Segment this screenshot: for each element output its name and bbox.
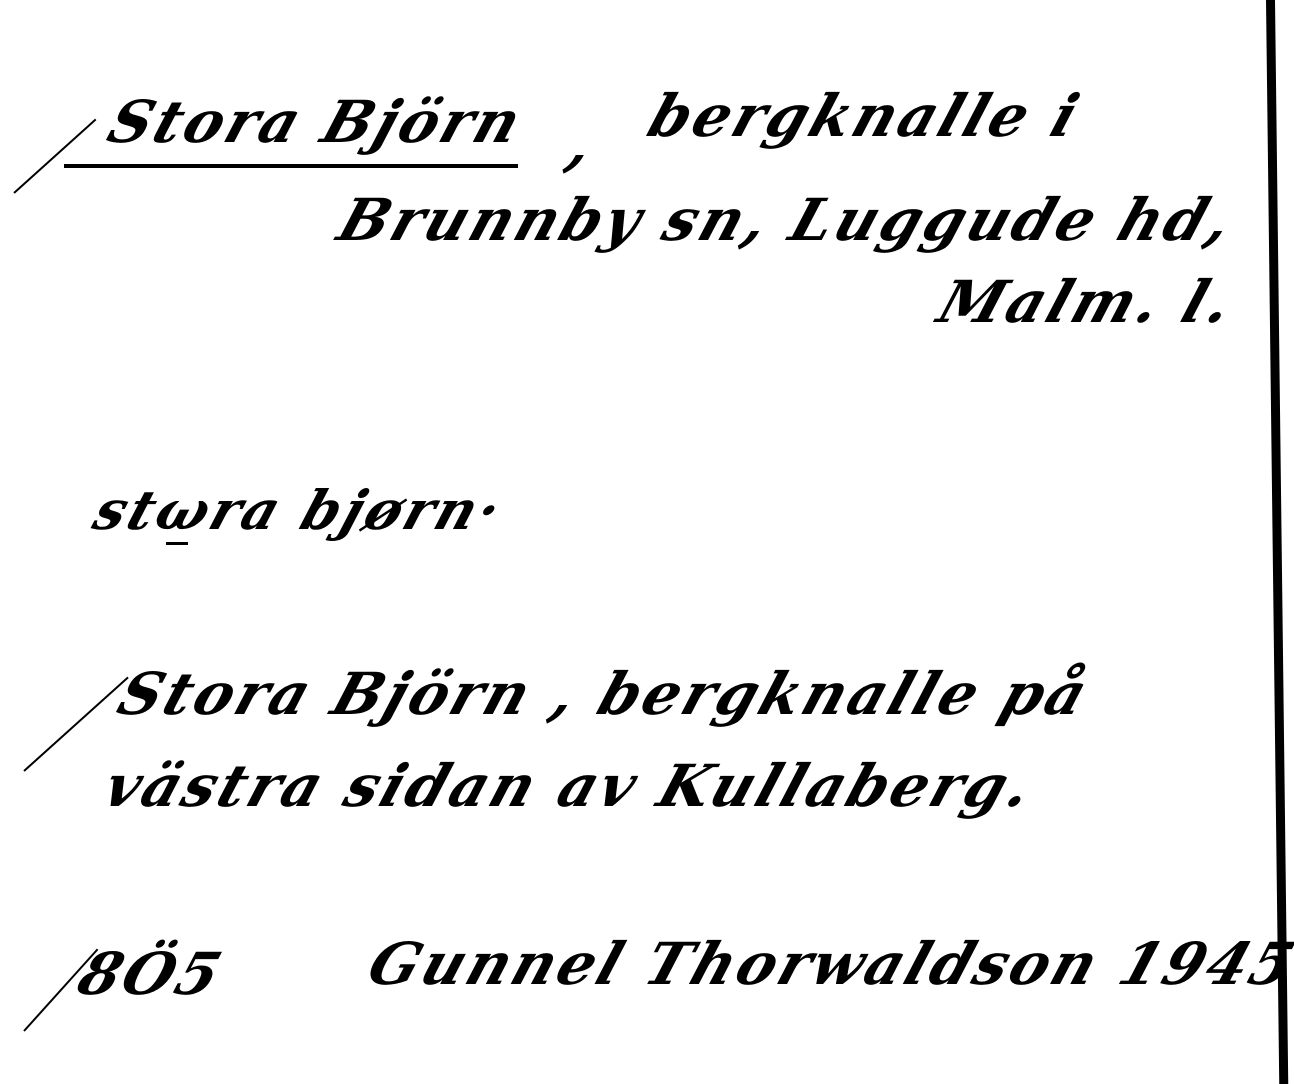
card-edge-border — [1266, 0, 1288, 1084]
entry1-name: Stora Björn — [100, 88, 532, 156]
collector-signature-date: Gunnel Thorwaldson 1945. — [360, 930, 1294, 998]
entry1-name-underline — [64, 164, 518, 168]
record-code: 8Ö5 — [70, 940, 232, 1008]
entry1-parish-district: Brunnby sn, Luggude hd, — [330, 186, 1244, 254]
entry2-line1: Stora Björn , bergknalle på — [110, 660, 1099, 728]
entry1-comma: , — [560, 110, 605, 178]
entry2-line2: västra sidan av Kullaberg. — [96, 752, 1044, 820]
entry1-desc: bergknalle i — [640, 82, 1090, 150]
entry1-county: Malm. l. — [930, 268, 1244, 336]
phonetic-vowel-underline — [166, 542, 188, 545]
phonetic-transcription: stωra bjørn· — [86, 478, 512, 542]
lead-stroke-1 — [13, 119, 96, 194]
archive-card: Stora Björn , bergknalle i Brunnby sn, L… — [0, 0, 1294, 1084]
